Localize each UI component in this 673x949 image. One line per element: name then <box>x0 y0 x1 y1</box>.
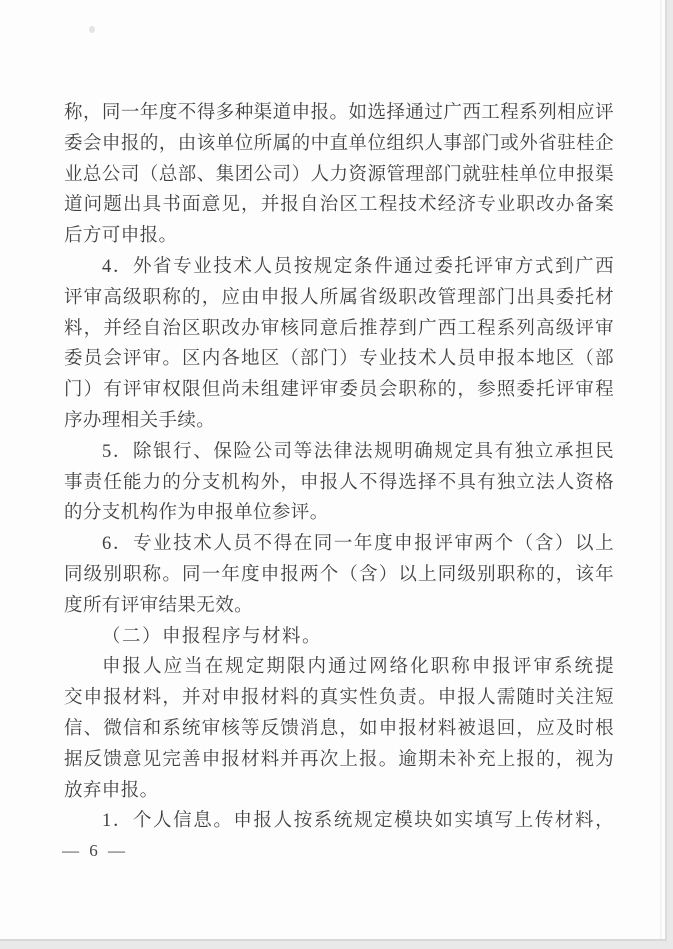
text-line: 的分支机构作为申报单位参评。 <box>64 498 614 529</box>
paragraph-item-6: 6．专业技术人员不得在同一年度申报评审两个（含）以上同级别职称。同一年度申报两个… <box>64 529 614 621</box>
text-line: 后方可申报。 <box>64 221 614 252</box>
text-line: 同级别职称。同一年度申报两个（含）以上同级别职称的，该年 <box>64 560 614 591</box>
text-line: 序办理相关手续。 <box>64 406 614 437</box>
text-line: 6．专业技术人员不得在同一年度申报评审两个（含）以上 <box>64 529 614 560</box>
scanned-page: 称，同一年度不得多种渠道申报。如选择通过广西工程系列相应评委会申报的，由该单位所… <box>0 0 667 941</box>
paragraph-continuation: 称，同一年度不得多种渠道申报。如选择通过广西工程系列相应评委会申报的，由该单位所… <box>64 98 614 252</box>
paragraph-procedure: 申报人应当在规定期限内通过网络化职称申报评审系统提交申报材料，并对申报材料的真实… <box>64 652 614 806</box>
text-line: 委员会评审。区内各地区（部门）专业技术人员申报本地区（部 <box>64 344 614 375</box>
scan-artifact <box>89 26 95 33</box>
paragraph-item-1: 1．个人信息。申报人按系统规定模块如实填写上传材料， <box>64 806 614 837</box>
section-heading: （二）申报程序与材料。 <box>64 622 614 653</box>
text-line: 事责任能力的分支机构外，申报人不得选择不具有独立法人资格 <box>64 468 614 499</box>
document-body: 称，同一年度不得多种渠道申报。如选择通过广西工程系列相应评委会申报的，由该单位所… <box>64 98 614 837</box>
text-line: 委会申报的，由该单位所属的中直单位组织人事部门或外省驻桂企 <box>64 129 614 160</box>
paragraph-item-4: 4．外省专业技术人员按规定条件通过委托评审方式到广西评审高级职称的，应由申报人所… <box>64 252 614 437</box>
text-line: 称，同一年度不得多种渠道申报。如选择通过广西工程系列相应评 <box>64 98 614 129</box>
text-line: 放弃申报。 <box>64 776 614 807</box>
text-line: 申报人应当在规定期限内通过网络化职称申报评审系统提 <box>64 652 614 683</box>
text-line: 5．除银行、保险公司等法律法规明确规定具有独立承担民 <box>64 437 614 468</box>
page-number: — 6 — <box>62 841 128 861</box>
paragraph-item-5: 5．除银行、保险公司等法律法规明确规定具有独立承担民事责任能力的分支机构外，申报… <box>64 437 614 529</box>
text-line: 评审高级职称的，应由申报人所属省级职改管理部门出具委托材 <box>64 283 614 314</box>
text-line: （二）申报程序与材料。 <box>64 622 614 653</box>
scan-inner-edge <box>660 0 662 939</box>
text-line: 交申报材料，并对申报材料的真实性负责。申报人需随时关注短 <box>64 683 614 714</box>
scan-background: { "page": { "number_label": "— 6 —", "in… <box>0 0 673 949</box>
text-line: 据反馈意见完善申报材料并再次上报。逾期未补充上报的，视为 <box>64 745 614 776</box>
text-line: 业总公司（总部、集团公司）人力资源管理部门就驻桂单位申报渠 <box>64 160 614 191</box>
text-line: 道问题出具书面意见，并报自治区工程技术经济专业职改办备案 <box>64 190 614 221</box>
text-line: 信、微信和系统审核等反馈消息，如申报材料被退回，应及时根 <box>64 714 614 745</box>
text-line: 度所有评审结果无效。 <box>64 591 614 622</box>
text-line: 料，并经自治区职改办审核同意后推荐到广西工程系列高级评审 <box>64 314 614 345</box>
text-line: 门）有评审权限但尚未组建评审委员会职称的，参照委托评审程 <box>64 375 614 406</box>
text-line: 1．个人信息。申报人按系统规定模块如实填写上传材料， <box>64 806 614 837</box>
text-line: 4．外省专业技术人员按规定条件通过委托评审方式到广西 <box>64 252 614 283</box>
